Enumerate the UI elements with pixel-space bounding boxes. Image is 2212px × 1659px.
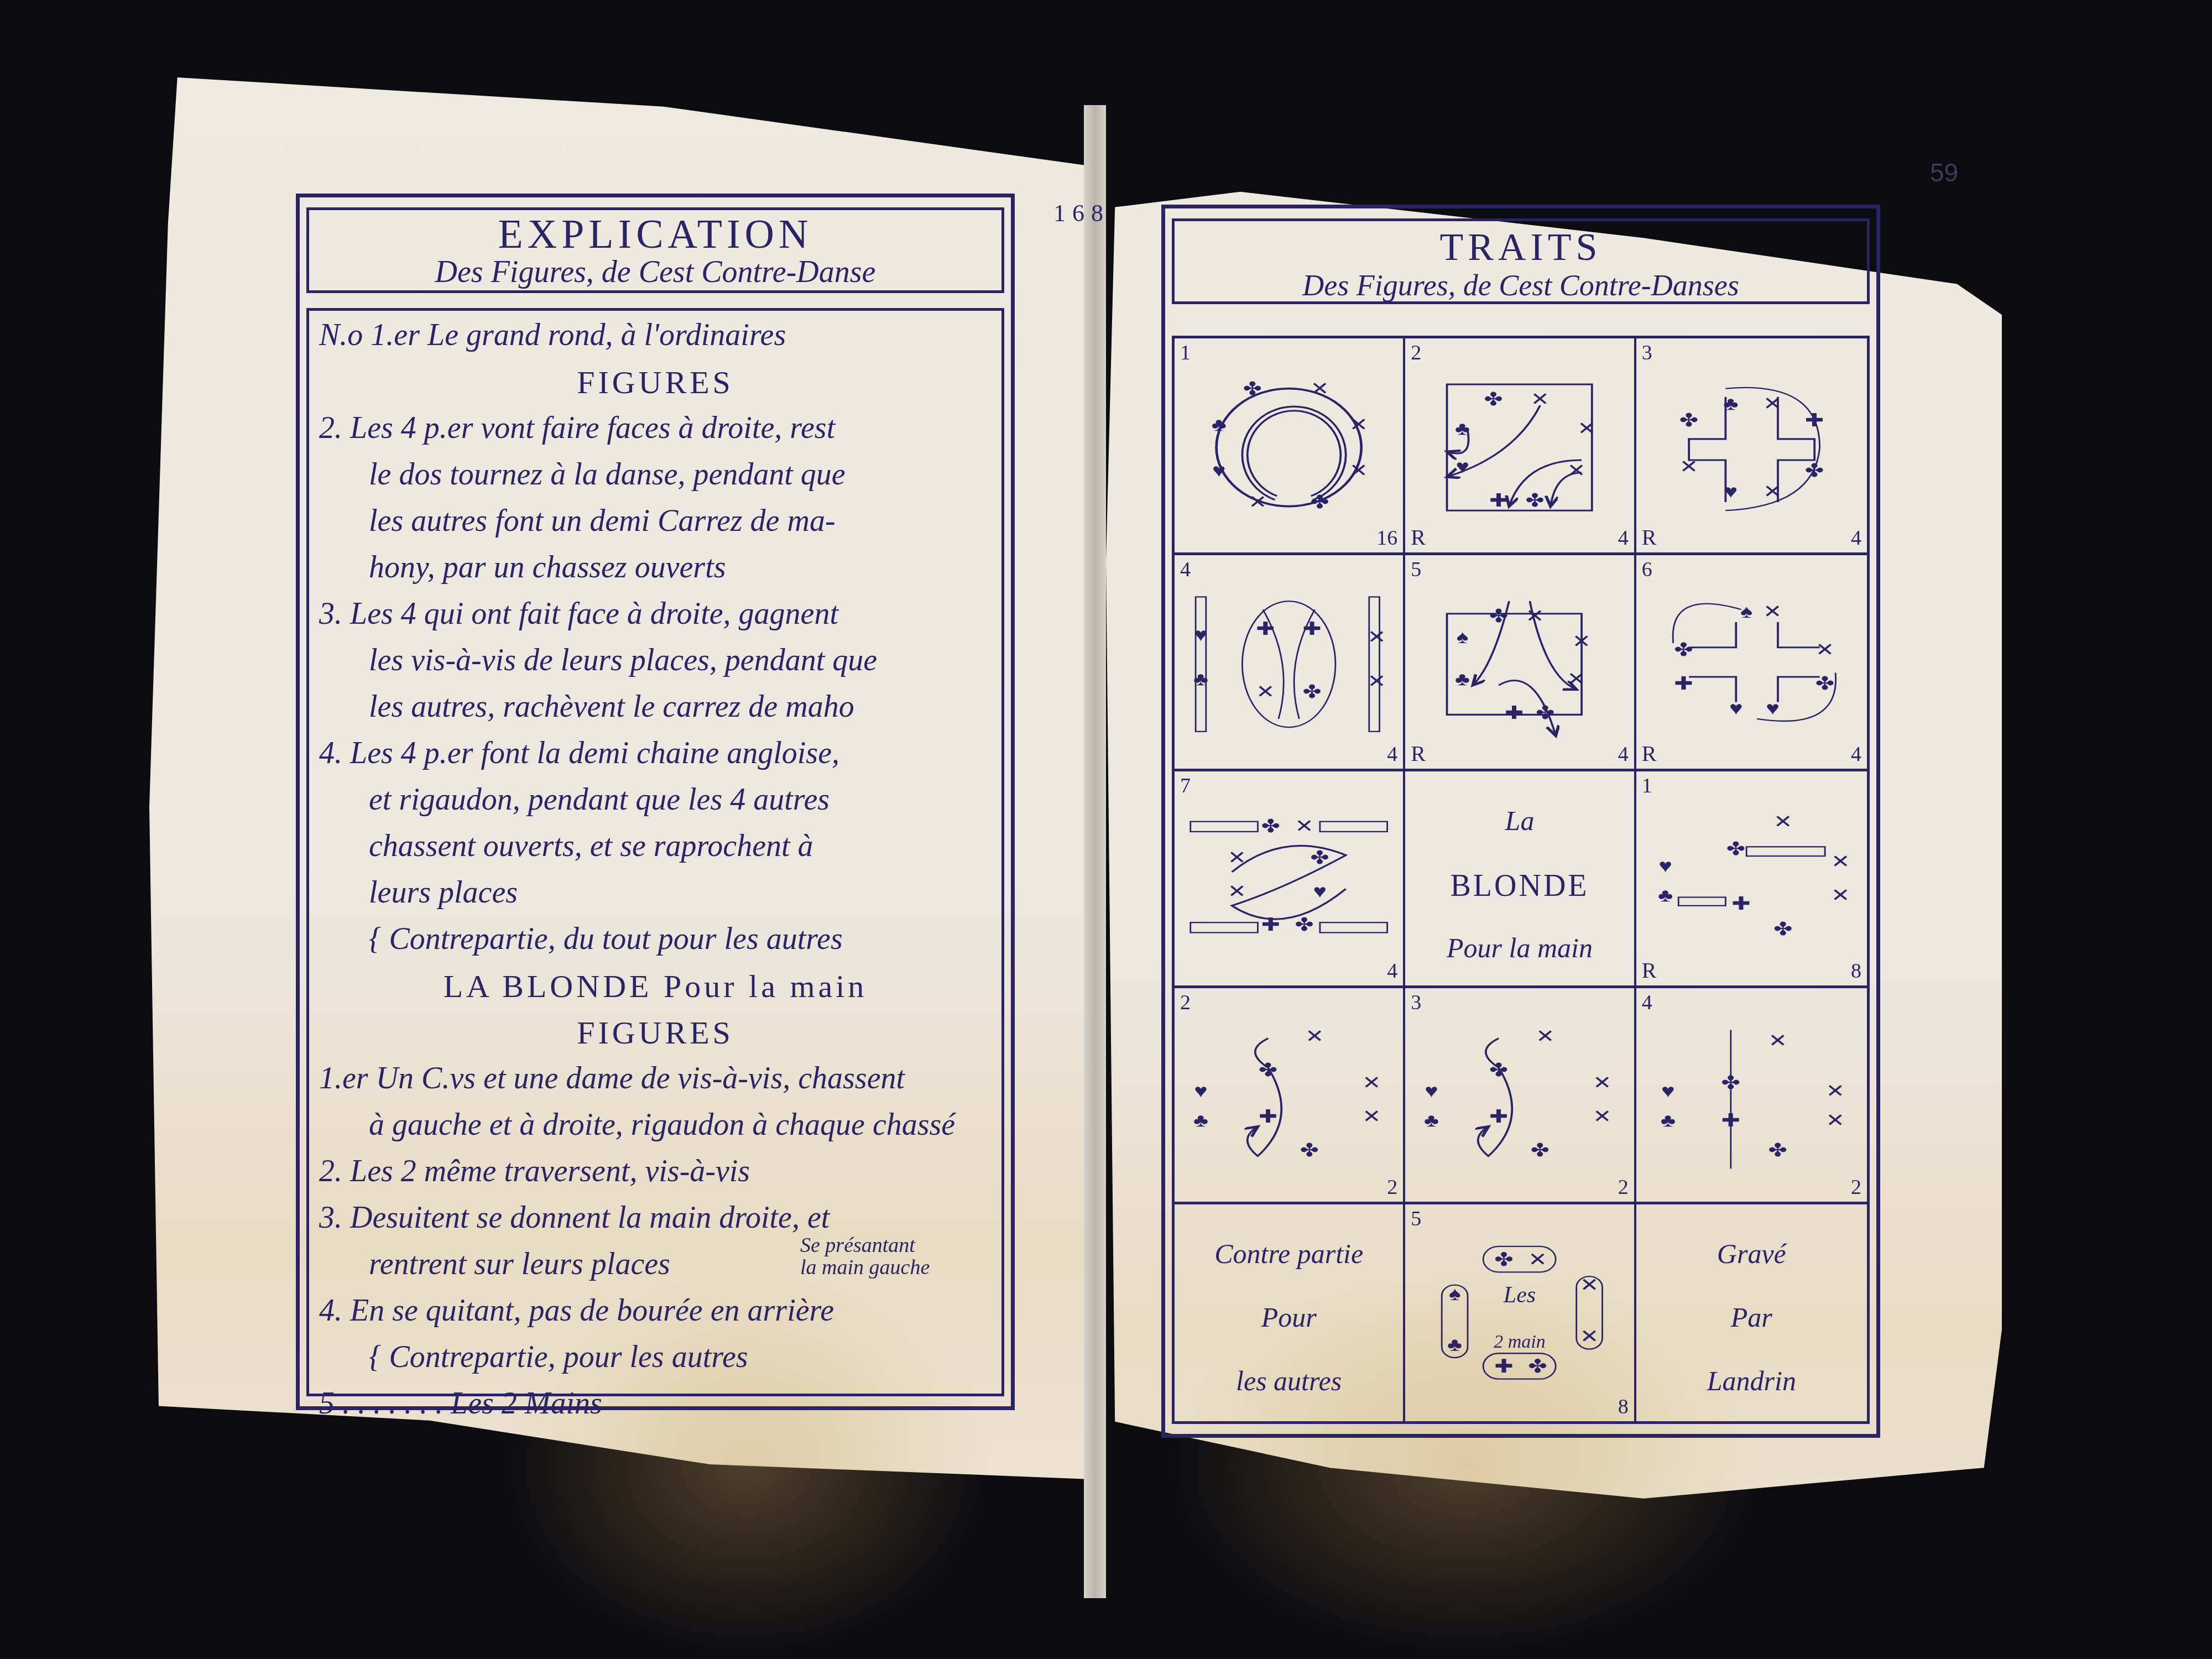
figure-number: 2: [1180, 990, 1191, 1015]
repeat-count: 2: [1851, 1175, 1861, 1199]
svg-text:✤: ✤: [1815, 673, 1834, 693]
figure-cell: ✕✤♥✕♣✚✕✤42: [1636, 988, 1867, 1205]
svg-text:♣: ♣: [1455, 669, 1470, 690]
page-title: TRAITS: [1175, 226, 1867, 270]
svg-text:✕: ✕: [1295, 816, 1314, 837]
svg-text:✕: ✕: [1763, 393, 1782, 414]
instruction-line: le dos tournez à la danse, pendant que: [369, 457, 846, 492]
svg-text:♣: ♣: [1723, 393, 1738, 414]
svg-text:✤: ✤: [1773, 919, 1793, 940]
svg-text:♠: ♠: [1740, 602, 1752, 622]
svg-text:✤: ✤: [1674, 639, 1693, 660]
page-subtitle: Des Figures, de Cest Contre-Danses: [1175, 268, 1867, 302]
svg-text:✕: ✕: [1228, 881, 1247, 902]
instruction-line: et rigaudon, pendant que les 4 autres: [369, 782, 830, 817]
svg-text:✚: ✚: [1804, 410, 1824, 431]
svg-text:✤: ✤: [1295, 915, 1314, 936]
dance-diagram-icon: ✤✕♠✕♣✕✚✤: [1411, 580, 1628, 744]
svg-text:✤: ✤: [1311, 493, 1330, 513]
dance-diagram-icon: ✤✕♣✕♥✕✚✤: [1411, 363, 1628, 528]
cell-caption: 2 main: [1405, 1332, 1634, 1353]
instruction-line: les autres, rachèvent le carrez de maho: [369, 689, 854, 724]
svg-text:✤: ✤: [1300, 1140, 1319, 1161]
svg-text:♣: ♣: [1193, 669, 1208, 690]
svg-text:✤: ✤: [1536, 703, 1556, 723]
svg-text:✕: ✕: [1368, 627, 1387, 648]
svg-text:♥: ♥: [1456, 457, 1469, 477]
svg-text:✕: ✕: [1763, 602, 1782, 622]
explication-frame: EXPLICATION Des Figures, de Cest Contre-…: [296, 194, 1015, 1410]
margin-note: Se présantantla main gauche: [800, 1234, 930, 1279]
svg-text:✚: ✚: [1256, 619, 1275, 639]
figure-cell: ✤✕✕✤✕♥✚✤74: [1175, 771, 1405, 988]
figure-cell: ♣✕✤✚✕✤♥✕34R: [1636, 338, 1867, 555]
instruction-line: 5 . . . . . . . Les 2 Mains: [319, 1386, 602, 1421]
svg-text:✚: ✚: [1489, 491, 1509, 511]
figure-number: 5: [1411, 1207, 1421, 1231]
figure-cell: ♠✕✤✕✚✤♥♥64R: [1636, 555, 1867, 772]
svg-text:✕: ✕: [1528, 1249, 1548, 1270]
svg-text:✕: ✕: [1593, 1073, 1613, 1093]
section-heading: FIGURES: [319, 1014, 992, 1051]
instruction-line: 4. En se quitant, pas de bourée en arriè…: [319, 1293, 834, 1328]
svg-text:✤: ✤: [1495, 1249, 1514, 1270]
instruction-line: 1.er Un C.vs et une dame de vis-à-vis, c…: [319, 1061, 905, 1096]
svg-text:♣: ♣: [1660, 1110, 1675, 1131]
dance-diagram-icon: ✕✤♥✕♣✚✕✤: [1411, 1013, 1628, 1177]
dance-diagram-icon: ✚✚♥✕✕✤♣✕: [1180, 580, 1397, 744]
instruction-line: N.o 1.er Le grand rond, à l'ordinaires: [319, 317, 786, 353]
svg-text:✤: ✤: [1526, 491, 1545, 511]
svg-text:✕: ✕: [1825, 1110, 1845, 1131]
figure-diagram-grid: ✤✕♣✕♥✕✕✤116✤✕♣✕♥✕✚✤24R♣✕✤✚✕✤♥✕34R✚✚♥✕✕✤♣…: [1172, 336, 1870, 1424]
repeat-count: 2: [1387, 1175, 1397, 1199]
svg-text:✕: ✕: [1593, 1107, 1613, 1127]
svg-text:✕: ✕: [1536, 1027, 1556, 1047]
svg-text:✕: ✕: [1577, 419, 1597, 440]
repeat-count: 4: [1618, 742, 1629, 766]
instruction-line: rentrent sur leurs places: [369, 1246, 670, 1282]
figure-cell: ✤✕♠✕♣✕✚✤54R: [1405, 555, 1636, 772]
figure-cell: ✕✤♥✕♣✚✕✤18R: [1636, 771, 1867, 988]
svg-text:✕: ✕: [1831, 885, 1850, 906]
figure-number: 4: [1180, 557, 1191, 582]
svg-text:✚: ✚: [1489, 1107, 1509, 1127]
page-subtitle: Des Figures, de Cest Contre-Danse: [309, 254, 1001, 290]
svg-text:✕: ✕: [1368, 671, 1387, 692]
svg-text:✤: ✤: [1259, 1060, 1278, 1081]
dance-diagram-icon: ♣✕✤✚✕✤♥✕: [1642, 363, 1861, 528]
instruction-line: 3. Desuitent se donnent la main droite, …: [319, 1200, 830, 1235]
svg-text:✕: ✕: [1256, 682, 1275, 702]
svg-text:✕: ✕: [1679, 456, 1698, 477]
svg-text:✤: ✤: [1531, 1140, 1550, 1161]
instruction-line: chassent ouverts, et se raprochent à: [369, 828, 813, 864]
traits-frame: TRAITS Des Figures, de Cest Contre-Danse…: [1161, 205, 1880, 1438]
repeat-count: 8: [1851, 959, 1861, 983]
repeat-count: 4: [1387, 959, 1397, 983]
svg-text:✕: ✕: [1349, 415, 1369, 435]
figure-cell: Contre partiePourles autres: [1175, 1204, 1405, 1421]
svg-text:✕: ✕: [1228, 848, 1247, 868]
svg-text:✤: ✤: [1261, 816, 1281, 837]
figure-number: 5: [1411, 557, 1421, 582]
cell-caption: Pour la main: [1405, 932, 1634, 964]
svg-text:♣: ♣: [1424, 1111, 1439, 1131]
book-gutter: [1084, 105, 1106, 1598]
svg-text:♥: ♥: [1313, 881, 1327, 902]
repeat-mark: R: [1411, 740, 1426, 766]
svg-text:✕: ✕: [1815, 639, 1834, 660]
repeat-count: 4: [1387, 742, 1397, 766]
svg-text:♥: ♥: [1658, 856, 1672, 877]
svg-text:✕: ✕: [1349, 461, 1369, 482]
svg-text:✚: ✚: [1721, 1110, 1740, 1131]
svg-text:♣: ♣: [1193, 1111, 1208, 1131]
repeat-mark: R: [1642, 740, 1657, 766]
svg-text:✚: ✚: [1303, 619, 1322, 639]
dance-diagram-icon: ✤✕♠✕♣✕✚✤: [1411, 1229, 1628, 1396]
svg-text:♣: ♣: [1455, 419, 1470, 440]
explication-text: N.o 1.er Le grand rond, à l'ordinairesFI…: [319, 311, 992, 1394]
figure-cell: ✤✕♣✕♥✕✕✤116: [1175, 338, 1405, 555]
svg-text:✤: ✤: [1804, 461, 1824, 481]
svg-text:♥: ♥: [1724, 482, 1738, 502]
figure-cell: LaBLONDEPour la main: [1405, 771, 1636, 988]
figure-cell: ✤✕♠✕♣✕✚✤58Les2 main: [1405, 1204, 1636, 1421]
svg-text:✤: ✤: [1726, 839, 1746, 859]
svg-text:✕: ✕: [1531, 390, 1550, 410]
svg-text:✤: ✤: [1768, 1140, 1787, 1160]
cell-caption: BLONDE: [1405, 868, 1634, 904]
figure-cell: ✕✤♥✕♣✚✕✤32: [1405, 988, 1636, 1205]
svg-text:♣: ♣: [1658, 885, 1673, 906]
repeat-count: 4: [1618, 526, 1629, 550]
repeat-count: 4: [1851, 526, 1861, 550]
repeat-count: 4: [1851, 742, 1861, 766]
dance-diagram-icon: ✕✤♥✕♣✚✕✤: [1180, 1013, 1397, 1177]
instruction-line: leurs places: [369, 875, 518, 910]
svg-text:✤: ✤: [1484, 390, 1504, 410]
cell-caption: Gravé: [1636, 1238, 1867, 1270]
svg-text:♥: ♥: [1194, 625, 1207, 645]
svg-text:✚: ✚: [1495, 1357, 1514, 1378]
dance-diagram-icon: ✤✕♣✕♥✕✕✤: [1180, 363, 1397, 528]
instruction-line: les autres font un demi Carrez de ma-: [369, 503, 836, 539]
svg-text:✤: ✤: [1489, 606, 1509, 627]
svg-text:✕: ✕: [1362, 1107, 1381, 1127]
figure-cell: ✚✚♥✕✕✤♣✕44: [1175, 555, 1405, 772]
page-title: EXPLICATION: [309, 211, 1001, 258]
figure-number: 4: [1642, 990, 1652, 1015]
figure-number: 3: [1642, 341, 1652, 365]
cell-caption: Les: [1405, 1282, 1634, 1308]
page-number: 168: [1053, 199, 1110, 227]
instruction-line: hony, par un chassez ouverts: [369, 550, 726, 585]
explication-header-box: EXPLICATION Des Figures, de Cest Contre-…: [306, 207, 1004, 293]
cell-caption: La: [1405, 805, 1634, 837]
instruction-line: 2. Les 4 p.er vont faire faces à droite,…: [319, 410, 835, 446]
svg-text:✕: ✕: [1572, 632, 1592, 652]
svg-text:♥: ♥: [1212, 461, 1225, 482]
svg-text:✕: ✕: [1763, 482, 1782, 502]
figure-number: 3: [1411, 990, 1421, 1015]
figure-cell: GravéParLandrin: [1636, 1204, 1867, 1421]
cell-caption: Contre partie: [1175, 1238, 1403, 1270]
section-heading: LA BLONDE Pour la main: [319, 968, 992, 1005]
instruction-line: les vis-à-vis de leurs places, pendant q…: [369, 643, 877, 678]
repeat-mark: R: [1642, 957, 1657, 983]
traits-header-box: TRAITS Des Figures, de Cest Contre-Danse…: [1172, 218, 1870, 304]
dance-diagram-icon: ♠✕✤✕✚✤♥♥: [1642, 580, 1861, 744]
dance-diagram-icon: ✕✤♥✕♣✚✕✤: [1642, 1013, 1861, 1177]
dance-diagram-icon: ✤✕✕✤✕♥✚✤: [1180, 796, 1397, 961]
svg-text:♥: ♥: [1766, 698, 1780, 719]
svg-text:✤: ✤: [1721, 1072, 1740, 1093]
figure-cell: ✤✕♣✕♥✕✚✤24R: [1405, 338, 1636, 555]
instruction-line: à gauche et à droite, rigaudon à chaque …: [369, 1107, 955, 1142]
instruction-line: 2. Les 2 même traversent, vis-à-vis: [319, 1154, 750, 1189]
svg-text:♣: ♣: [1212, 415, 1227, 435]
svg-text:✕: ✕: [1526, 606, 1545, 627]
svg-text:♥: ♥: [1729, 698, 1743, 719]
svg-text:✤: ✤: [1528, 1357, 1548, 1378]
svg-text:✚: ✚: [1674, 673, 1693, 693]
instruction-line: { Contrepartie, pour les autres: [369, 1339, 748, 1375]
repeat-mark: R: [1411, 524, 1426, 550]
folio-mark: 59: [1930, 158, 1958, 187]
repeat-mark: R: [1642, 524, 1657, 550]
figure-number: 1: [1180, 341, 1191, 365]
svg-text:✚: ✚: [1259, 1107, 1278, 1127]
dance-diagram-icon: ✕✤♥✕♣✚✕✤: [1642, 796, 1861, 961]
svg-text:✕: ✕: [1825, 1081, 1845, 1102]
svg-text:✕: ✕: [1768, 1030, 1787, 1051]
svg-text:✤: ✤: [1303, 682, 1322, 702]
figure-cell: ✕✤♥✕♣✚✕✤22: [1175, 988, 1405, 1205]
svg-text:✕: ✕: [1567, 669, 1587, 690]
svg-text:✤: ✤: [1311, 848, 1330, 868]
svg-text:✕: ✕: [1248, 493, 1267, 513]
svg-text:♥: ♥: [1661, 1081, 1675, 1102]
svg-text:♥: ♥: [1425, 1081, 1438, 1102]
repeat-count: 8: [1618, 1395, 1629, 1419]
svg-text:♥: ♥: [1194, 1081, 1207, 1102]
explication-body-box: N.o 1.er Le grand rond, à l'ordinairesFI…: [306, 308, 1004, 1396]
svg-text:✚: ✚: [1731, 894, 1751, 914]
cell-caption: Landrin: [1636, 1365, 1867, 1397]
svg-text:✕: ✕: [1305, 1027, 1324, 1047]
svg-text:✤: ✤: [1243, 379, 1262, 400]
svg-text:✕: ✕: [1831, 852, 1850, 872]
svg-text:✤: ✤: [1489, 1060, 1509, 1081]
figure-number: 7: [1180, 774, 1191, 798]
svg-text:✕: ✕: [1567, 461, 1587, 482]
figure-number: 1: [1642, 774, 1652, 798]
svg-text:✕: ✕: [1362, 1073, 1381, 1093]
instruction-line: 3. Les 4 qui ont fait face à droite, gag…: [319, 596, 838, 632]
cell-caption: les autres: [1175, 1365, 1403, 1397]
cell-caption: Pour: [1175, 1301, 1403, 1333]
svg-text:✕: ✕: [1773, 812, 1793, 832]
repeat-count: 16: [1376, 526, 1397, 550]
svg-text:♠: ♠: [1457, 627, 1469, 648]
cell-caption: Par: [1636, 1301, 1867, 1333]
svg-text:✕: ✕: [1311, 379, 1330, 400]
section-heading: FIGURES: [319, 364, 992, 401]
figure-number: 2: [1411, 341, 1421, 365]
svg-text:✤: ✤: [1679, 410, 1698, 431]
instruction-line: 4. Les 4 p.er font la demi chaine angloi…: [319, 735, 839, 771]
repeat-count: 2: [1618, 1175, 1629, 1199]
svg-text:✚: ✚: [1261, 915, 1281, 936]
figure-number: 6: [1642, 557, 1652, 582]
instruction-line: { Contrepartie, du tout pour les autres: [369, 921, 843, 957]
svg-text:✚: ✚: [1505, 703, 1524, 723]
